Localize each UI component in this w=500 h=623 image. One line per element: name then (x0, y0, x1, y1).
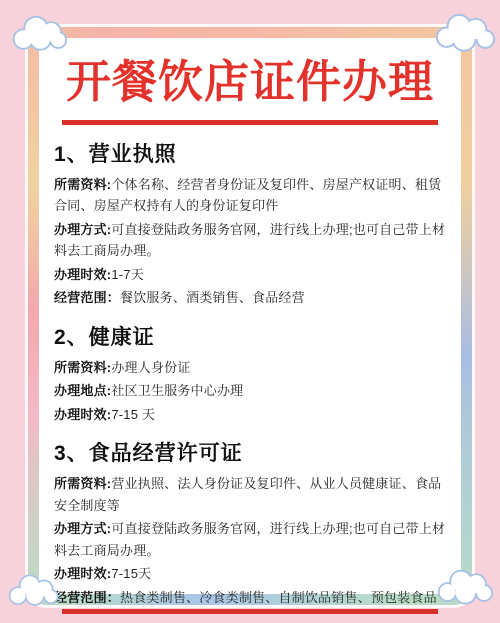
info-row: 经营范围：热食类制售、冷食类制售、自制饮品销售、预包装食品 (54, 587, 446, 609)
info-text: 办理人身份证 (111, 360, 190, 375)
info-label: 所需资料: (54, 476, 111, 491)
info-row: 办理方式:可直接登陆政务服务官网，进行线上办理;也可自己带上材料去工商局办理。 (54, 219, 446, 262)
info-text: 热食类制售、冷食类制售、自制饮品销售、预包装食品 (120, 590, 437, 605)
info-row: 办理时效:1-7天 (54, 264, 446, 286)
cloud-icon (11, 15, 68, 52)
info-text: 餐饮服务、酒类销售、食品经营 (120, 290, 305, 305)
info-label: 办理时效: (54, 566, 111, 581)
info-text: 7-15天 (111, 566, 151, 581)
section-2-heading: 2、健康证 (54, 321, 446, 351)
info-label: 经营范围： (54, 590, 120, 605)
info-row: 所需资料:营业执照、法人身份证及复印件、从业人员健康证、食品安全制度等 (54, 473, 446, 516)
cloud-icon (7, 572, 61, 607)
poster-card: 开餐饮店证件办理 1、营业执照 所需资料:个体名称、经营者身份证及复印件、房屋产… (39, 38, 461, 594)
cloud-icon (436, 568, 493, 605)
info-row: 办理地点:社区卫生服务中心办理 (54, 380, 446, 402)
info-label: 经营范围： (54, 290, 120, 305)
info-row: 办理时效:7-15天 (54, 563, 446, 585)
poster-background: 开餐饮店证件办理 1、营业执照 所需资料:个体名称、经营者身份证及复印件、房屋产… (0, 0, 500, 623)
info-label: 办理地点: (54, 383, 111, 398)
info-row: 经营范围：餐饮服务、酒类销售、食品经营 (54, 287, 446, 309)
section-1-heading: 1、营业执照 (54, 138, 446, 168)
info-text: 营业执照、法人身份证及复印件、从业人员健康证、食品安全制度等 (54, 476, 441, 513)
info-row: 所需资料:个体名称、经营者身份证及复印件、房屋产权证明、租赁合同、房屋产权持有人… (54, 174, 446, 217)
info-row: 所需资料:办理人身份证 (54, 357, 446, 379)
info-row: 办理方式:可直接登陆政务服务官网，进行线上办理;也可自己带上材料去工商局办理。 (54, 518, 446, 561)
info-text: 社区卫生服务中心办理 (111, 383, 243, 398)
poster-title: 开餐饮店证件办理 (54, 56, 446, 108)
cloud-icon (433, 12, 495, 53)
info-label: 办理方式: (54, 521, 111, 536)
info-label: 办理时效: (54, 267, 111, 282)
info-text: 可直接登陆政务服务官网，进行线上办理;也可自己带上材料去工商局办理。 (54, 521, 445, 558)
info-text: 可直接登陆政务服务官网，进行线上办理;也可自己带上材料去工商局办理。 (54, 222, 445, 259)
info-text: 7-15 天 (111, 407, 155, 422)
info-label: 办理时效: (54, 407, 111, 422)
info-row: 办理时效:7-15 天 (54, 404, 446, 426)
section-3-heading: 3、食品经营许可证 (54, 437, 446, 467)
info-label: 所需资料: (54, 360, 111, 375)
title-divider (62, 120, 438, 125)
info-label: 所需资料: (54, 177, 111, 192)
info-text: 个体名称、经营者身份证及复印件、房屋产权证明、租赁合同、房屋产权持有人的身份证复… (54, 177, 441, 214)
info-text: 1-7天 (111, 267, 144, 282)
bottom-divider (62, 609, 438, 614)
rainbow-frame: 开餐饮店证件办理 1、营业执照 所需资料:个体名称、经营者身份证及复印件、房屋产… (28, 27, 472, 605)
info-label: 办理方式: (54, 222, 111, 237)
